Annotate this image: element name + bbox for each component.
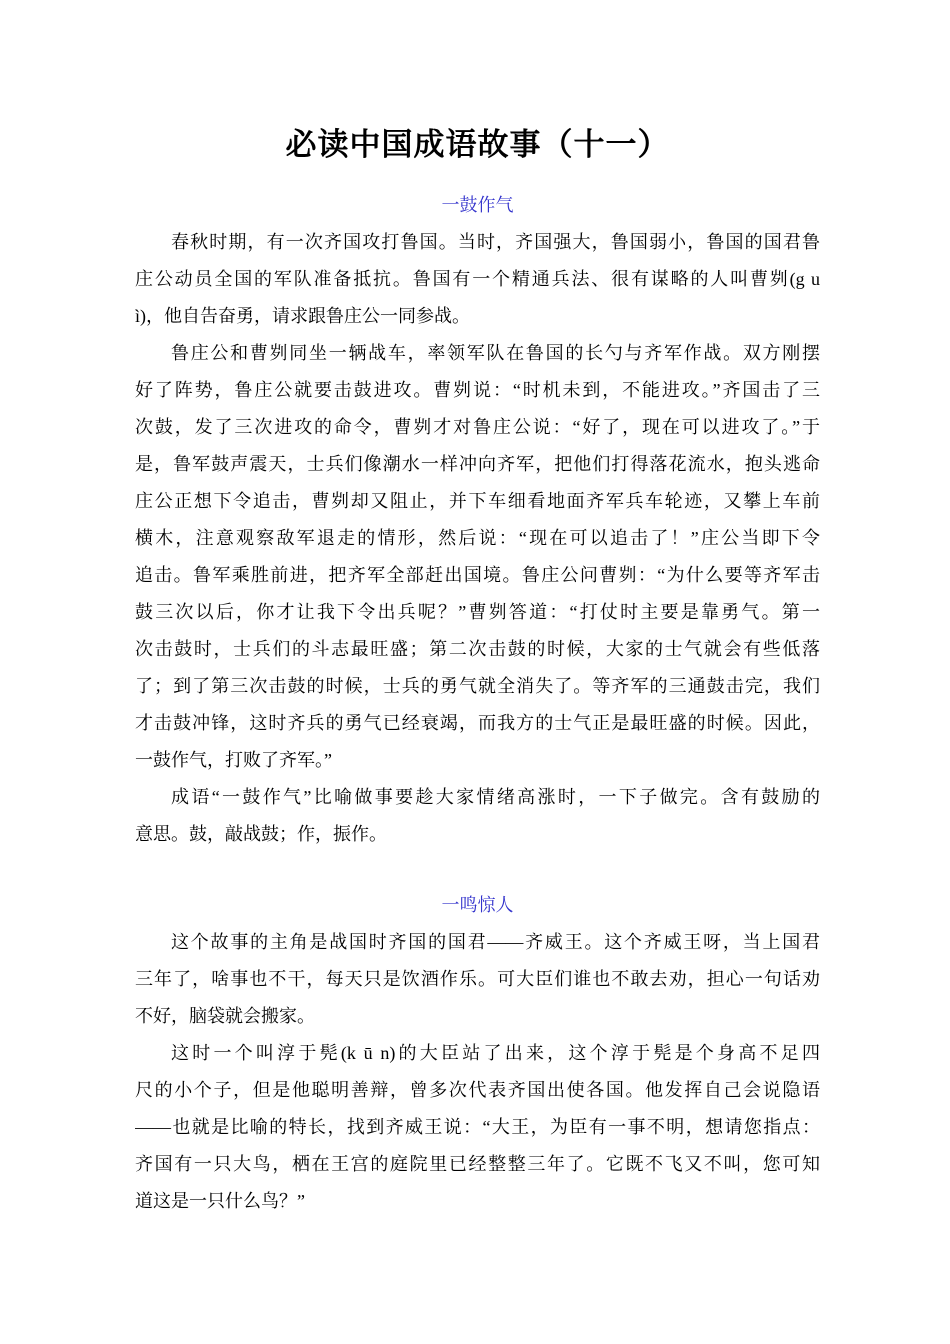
paragraph-line: 鼓三次以后，你才让我下令出兵呢？”曹刿答道：“打仗时主要是靠勇气。第一 (135, 594, 820, 631)
story-section: 一鸣惊人这个故事的主角是战国时齐国的国君——齐威王。这个齐威王呀，当上国君三年了… (135, 890, 820, 1220)
section-heading: 一鼓作气 (135, 190, 820, 220)
paragraph-line: 才击鼓冲锋，这时齐兵的勇气已经衰竭，而我方的士气正是最旺盛的时候。因此， (135, 705, 820, 742)
document-page: 必读中国成语故事（十一） 一鼓作气春秋时期，有一次齐国攻打鲁国。当时，齐国强大，… (0, 0, 950, 1344)
paragraph-line: 春秋时期，有一次齐国攻打鲁国。当时，齐国强大，鲁国弱小，鲁国的国君鲁 (135, 224, 820, 261)
paragraph-line: 这个故事的主角是战国时齐国的国君——齐威王。这个齐威王呀，当上国君 (135, 924, 820, 961)
document-title: 必读中国成语故事（十一） (135, 0, 820, 170)
paragraph-line: 尺的小个子，但是他聪明善辩，曾多次代表齐国出使各国。他发挥自己会说隐语 (135, 1072, 820, 1109)
paragraph: 成语“一鼓作气”比喻做事要趁大家情绪高涨时，一下子做完。含有鼓励的意思。鼓，敲战… (135, 779, 820, 853)
paragraph-line: ì)，他自告奋勇，请求跟鲁庄公一同参战。 (135, 298, 820, 335)
paragraph-line: 次鼓，发了三次进攻的命令，曹刿才对鲁庄公说：“好了，现在可以进攻了。”于 (135, 409, 820, 446)
paragraph-line: 次击鼓时，士兵们的斗志最旺盛；第二次击鼓的时候，大家的士气就会有些低落 (135, 631, 820, 668)
paragraph-line: 是，鲁军鼓声震天，士兵们像潮水一样冲向齐军，把他们打得落花流水，抱头逃命 (135, 446, 820, 483)
paragraph-line: 意思。鼓，敲战鼓；作，振作。 (135, 816, 820, 853)
paragraph: 春秋时期，有一次齐国攻打鲁国。当时，齐国强大，鲁国弱小，鲁国的国君鲁庄公动员全国… (135, 224, 820, 335)
section-heading: 一鸣惊人 (135, 890, 820, 920)
paragraph: 这时一个叫淳于髡(k ū n)的大臣站了出来，这个淳于髡是个身高不足四尺的小个子… (135, 1035, 820, 1220)
paragraph-line: 这时一个叫淳于髡(k ū n)的大臣站了出来，这个淳于髡是个身高不足四 (135, 1035, 820, 1072)
paragraph-line: 不好，脑袋就会搬家。 (135, 998, 820, 1035)
paragraph-line: 鲁庄公和曹刿同坐一辆战车，率领军队在鲁国的长勺与齐军作战。双方刚摆 (135, 335, 820, 372)
document-body: 一鼓作气春秋时期，有一次齐国攻打鲁国。当时，齐国强大，鲁国弱小，鲁国的国君鲁庄公… (135, 190, 820, 1220)
paragraph-line: 庄公正想下令追击，曹刿却又阻止，并下车细看地面齐军兵车轮迹，又攀上车前 (135, 483, 820, 520)
paragraph-line: 好了阵势，鲁庄公就要击鼓进攻。曹刿说：“时机未到，不能进攻。”齐国击了三 (135, 372, 820, 409)
paragraph-line: 一鼓作气，打败了齐军。” (135, 742, 820, 779)
paragraph-line: 成语“一鼓作气”比喻做事要趁大家情绪高涨时，一下子做完。含有鼓励的 (135, 779, 820, 816)
paragraph-line: 齐国有一只大鸟，栖在王宫的庭院里已经整整三年了。它既不飞又不叫，您可知 (135, 1146, 820, 1183)
paragraph: 这个故事的主角是战国时齐国的国君——齐威王。这个齐威王呀，当上国君三年了，啥事也… (135, 924, 820, 1035)
paragraph-line: 了；到了第三次击鼓的时候，士兵的勇气就全消失了。等齐军的三通鼓击完，我们 (135, 668, 820, 705)
paragraph-line: 横木，注意观察敌军退走的情形，然后说：“现在可以追击了！”庄公当即下令 (135, 520, 820, 557)
paragraph-line: 三年了，啥事也不干，每天只是饮酒作乐。可大臣们谁也不敢去劝，担心一句话劝 (135, 961, 820, 998)
paragraph-line: 追击。鲁军乘胜前进，把齐军全部赶出国境。鲁庄公问曹刿：“为什么要等齐军击 (135, 557, 820, 594)
paragraph-line: 道这是一只什么鸟？” (135, 1183, 820, 1220)
story-section: 一鼓作气春秋时期，有一次齐国攻打鲁国。当时，齐国强大，鲁国弱小，鲁国的国君鲁庄公… (135, 190, 820, 853)
paragraph-line: 庄公动员全国的军队准备抵抗。鲁国有一个精通兵法、很有谋略的人叫曹刿(g u (135, 261, 820, 298)
paragraph-line: ——也就是比喻的特长，找到齐威王说：“大王，为臣有一事不明，想请您指点： (135, 1109, 820, 1146)
paragraph: 鲁庄公和曹刿同坐一辆战车，率领军队在鲁国的长勺与齐军作战。双方刚摆好了阵势，鲁庄… (135, 335, 820, 779)
document-content: 必读中国成语故事（十一） 一鼓作气春秋时期，有一次齐国攻打鲁国。当时，齐国强大，… (135, 0, 820, 1220)
